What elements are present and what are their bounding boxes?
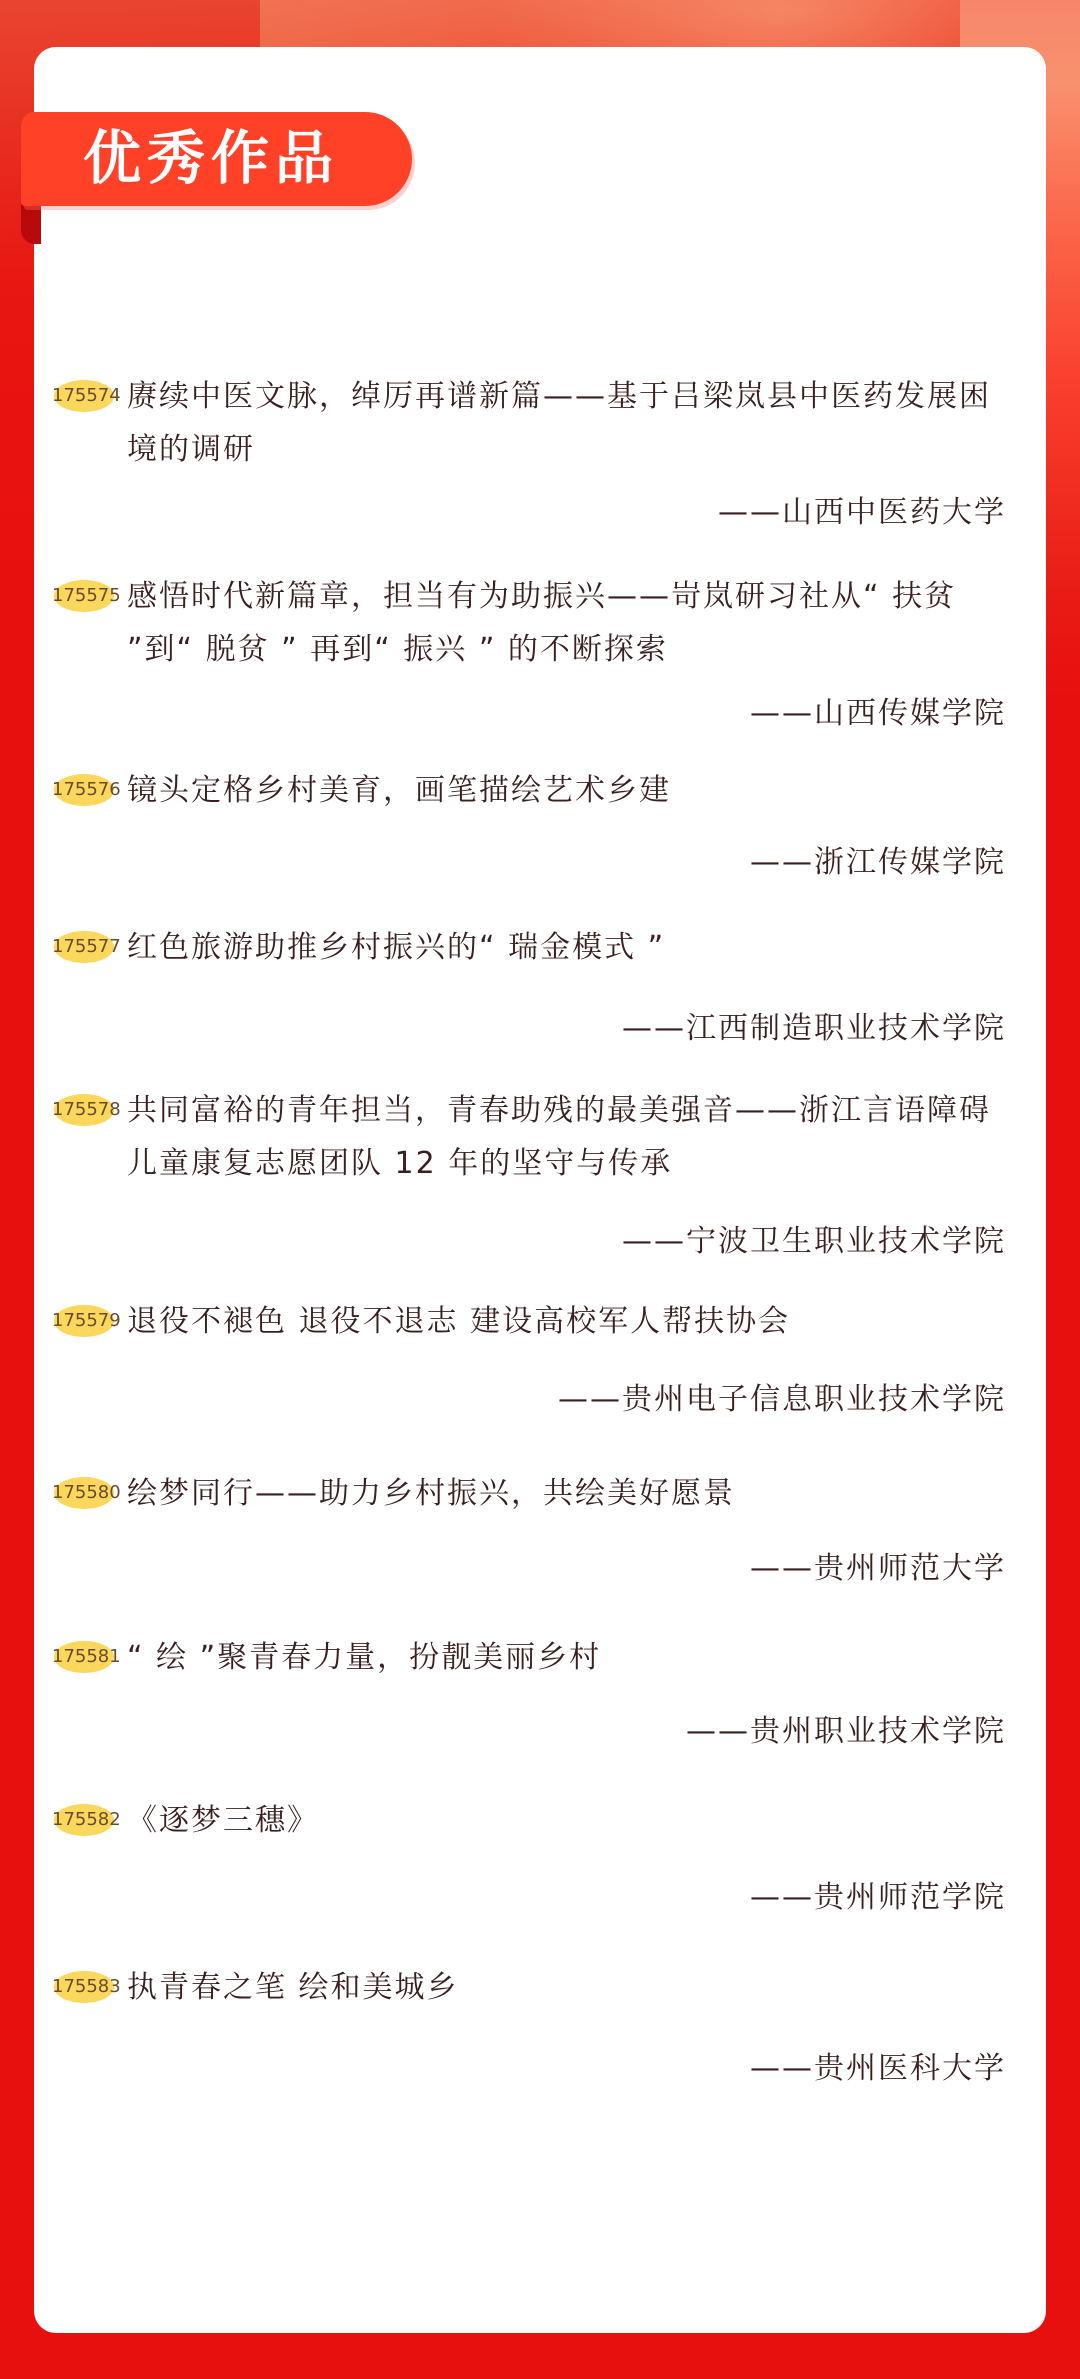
list-item[interactable]: 175581 “ 绘 ”聚青春力量，扮靓美丽乡村: [52, 1631, 1012, 1684]
item-title: 退役不褪色 退役不退志 建设高校军人帮扶协会: [52, 1295, 1012, 1348]
section-banner: 优秀作品: [21, 112, 412, 206]
list-item[interactable]: 175577 红色旅游助推乡村振兴的“ 瑞金模式 ”: [52, 921, 1012, 974]
list-item[interactable]: 175579 退役不褪色 退役不退志 建设高校军人帮扶协会: [52, 1295, 1012, 1348]
item-author: ——山西中医药大学: [718, 493, 1006, 533]
item-number: 175580: [52, 1476, 121, 1510]
item-title: 共同富裕的青年担当，青春助残的最美强音——浙江言语障碍儿童康复志愿团队 12 年…: [52, 1084, 1012, 1190]
list-item[interactable]: 175575 感悟时代新篇章，担当有为助振兴——岢岚研习社从“ 扶贫 ”到“ 脱…: [52, 570, 1012, 676]
list-item[interactable]: 175576 镜头定格乡村美育，画笔描绘艺术乡建: [52, 764, 1012, 817]
item-number-badge: 175580: [52, 1476, 124, 1510]
item-number: 175574: [52, 379, 121, 413]
item-number-badge: 175574: [52, 379, 124, 413]
item-author: ——贵州职业技术学院: [686, 1712, 1006, 1752]
item-number-badge: 175582: [52, 1803, 124, 1837]
item-number: 175583: [52, 1970, 121, 2004]
item-author: ——贵州师范学院: [750, 1878, 1006, 1918]
item-number: 175581: [52, 1640, 121, 1674]
item-number-badge: 175578: [52, 1093, 124, 1127]
item-title: 绘梦同行——助力乡村振兴，共绘美好愿景: [52, 1467, 1012, 1520]
item-author: ——江西制造职业技术学院: [622, 1009, 1006, 1049]
item-number: 175575: [52, 579, 121, 613]
item-number: 175579: [52, 1304, 121, 1338]
item-number-badge: 175579: [52, 1304, 124, 1338]
item-author: ——贵州师范大学: [750, 1549, 1006, 1589]
item-author: ——宁波卫生职业技术学院: [622, 1222, 1006, 1262]
item-author: ——贵州电子信息职业技术学院: [558, 1380, 1006, 1420]
list-item[interactable]: 175578 共同富裕的青年担当，青春助残的最美强音——浙江言语障碍儿童康复志愿…: [52, 1084, 1012, 1190]
item-number: 175577: [52, 930, 121, 964]
item-title: 《逐梦三穗》: [52, 1794, 1012, 1847]
item-number-badge: 175577: [52, 930, 124, 964]
list-item[interactable]: 175580 绘梦同行——助力乡村振兴，共绘美好愿景: [52, 1467, 1012, 1520]
item-number-badge: 175576: [52, 773, 124, 807]
item-title: 镜头定格乡村美育，画笔描绘艺术乡建: [52, 764, 1012, 817]
list-item[interactable]: 175583 执青春之笔 绘和美城乡: [52, 1961, 1012, 2014]
item-title: 感悟时代新篇章，担当有为助振兴——岢岚研习社从“ 扶贫 ”到“ 脱贫 ” 再到“…: [52, 570, 1012, 676]
item-number-badge: 175583: [52, 1970, 124, 2004]
item-number-badge: 175575: [52, 579, 124, 613]
item-title: “ 绘 ”聚青春力量，扮靓美丽乡村: [52, 1631, 1012, 1684]
item-author: ——浙江传媒学院: [750, 843, 1006, 883]
item-title: 红色旅游助推乡村振兴的“ 瑞金模式 ”: [52, 921, 1012, 974]
section-title: 优秀作品: [83, 124, 339, 192]
item-author: ——贵州医科大学: [750, 2049, 1006, 2089]
item-title: 执青春之笔 绘和美城乡: [52, 1961, 1012, 2014]
item-author: ——山西传媒学院: [750, 694, 1006, 734]
list-item[interactable]: 175582 《逐梦三穗》: [52, 1794, 1012, 1847]
item-number: 175582: [52, 1803, 121, 1837]
item-title: 赓续中医文脉，绰厉再谱新篇——基于吕梁岚县中医药发展困境的调研: [52, 370, 1012, 476]
list-item[interactable]: 175574 赓续中医文脉，绰厉再谱新篇——基于吕梁岚县中医药发展困境的调研: [52, 370, 1012, 476]
item-number: 175578: [52, 1093, 121, 1127]
item-number-badge: 175581: [52, 1640, 124, 1674]
item-number: 175576: [52, 773, 121, 807]
